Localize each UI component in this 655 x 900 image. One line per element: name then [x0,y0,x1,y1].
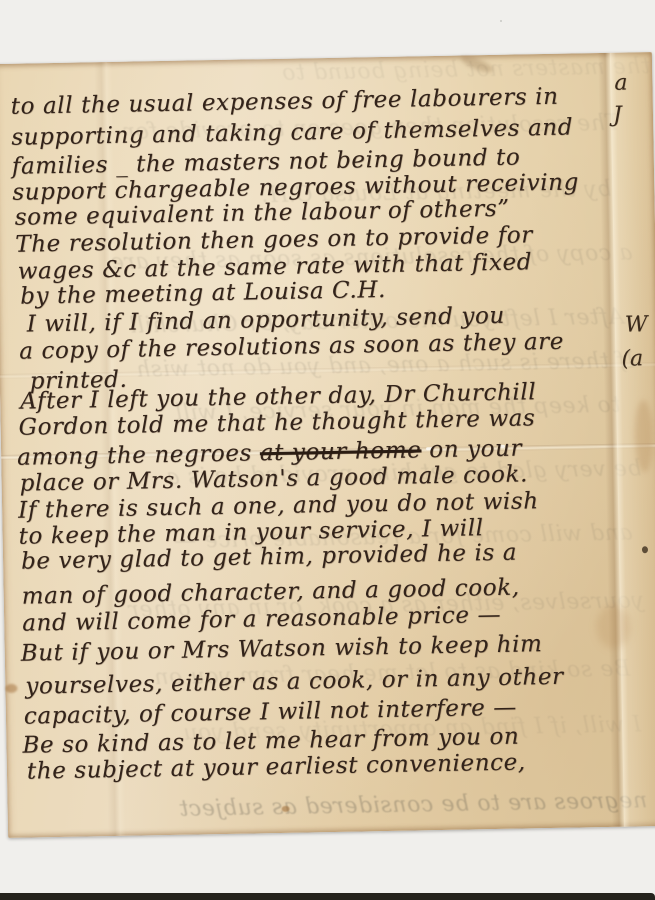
adjacent-page-text-fragment: (a [621,346,643,371]
adjacent-page-text-fragment: J [613,103,622,128]
letter-line: But if you or Mrs Watson wish to keep hi… [21,631,543,667]
scanner-dust [500,20,502,22]
letter-body-text: to all the usual expenses of free labour… [0,52,655,838]
scanner-edge-bar [0,893,655,900]
adjacent-page-text-fragment: W [625,312,648,337]
letter-line-text: on your [421,435,522,463]
letter-line: by the meeting at Louisa C.H. [20,277,386,310]
scanned-letter-page: { "scan": { "background_color": "#f0efec… [0,0,655,900]
letter-paper-sheet: families _ the masters not being bound t… [0,52,655,838]
struck-out-text: at your home [260,437,422,466]
letter-line: to all the usual expenses of free labour… [11,84,559,120]
adjacent-page-text-fragment: a [614,70,628,95]
